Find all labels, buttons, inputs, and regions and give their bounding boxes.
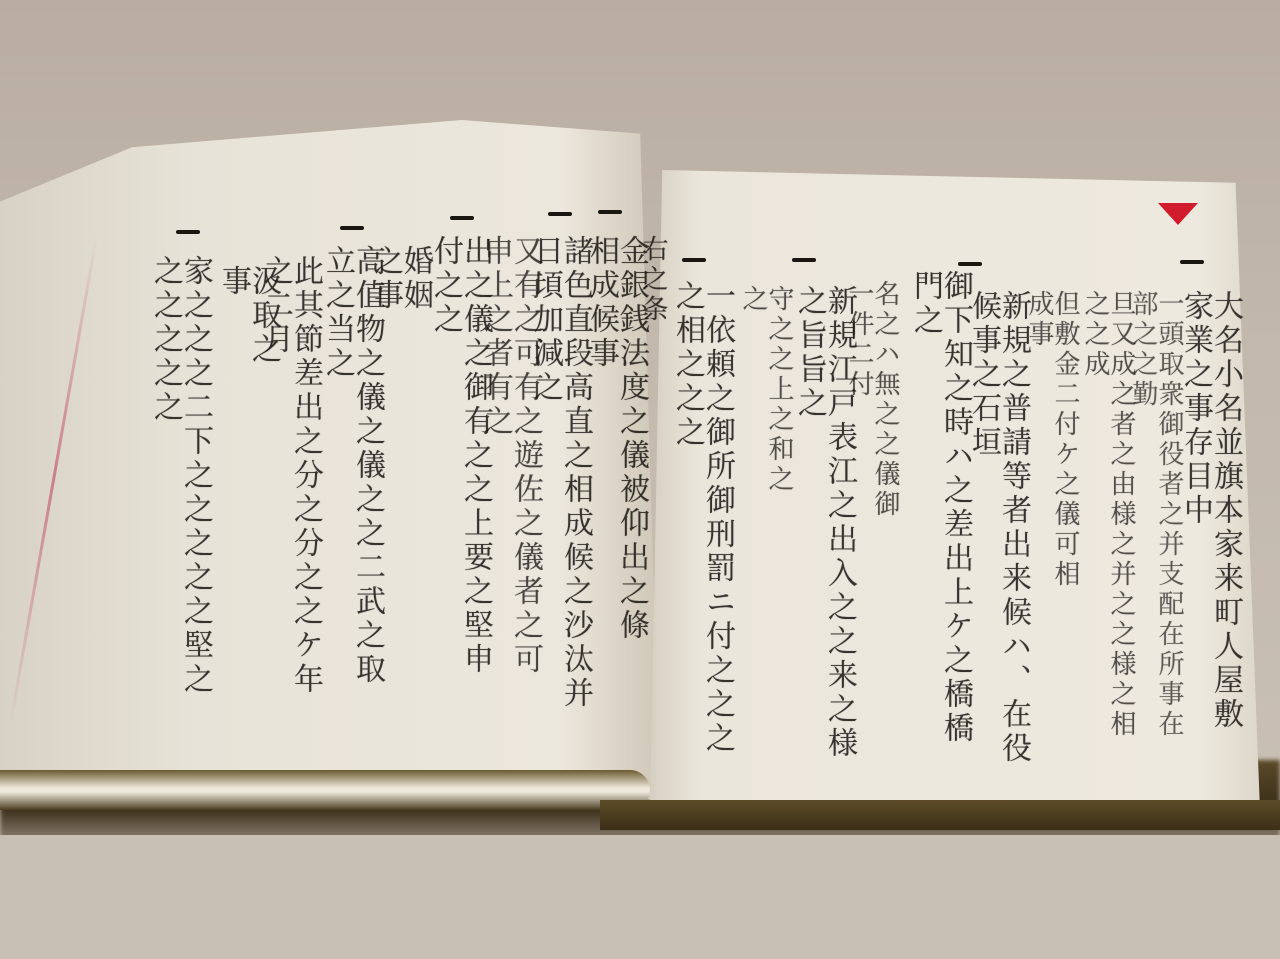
item-mark bbox=[682, 258, 706, 262]
item-mark bbox=[340, 226, 364, 230]
manuscript-column: 新規之普請等者出来候ハ、在役候事之石垣 bbox=[968, 290, 1028, 770]
item-mark bbox=[958, 262, 982, 266]
manuscript-column: 但敷金二付ケ之儀可相成事 bbox=[1026, 290, 1078, 590]
manuscript-column: 大名小名並旗本家来町人屋敷家業之事存目中 bbox=[1180, 290, 1240, 760]
manuscript-column: 新規江戸表江之出入之之来之様之旨旨之 bbox=[794, 285, 854, 765]
manuscript-column: 高值物之儀之儀之之二武之取立之当之 bbox=[322, 245, 382, 715]
item-mark bbox=[176, 230, 200, 234]
manuscript-column: 出之儀之御有之之上要之堅申付之之 bbox=[430, 235, 490, 705]
manuscript-column: 家之之之二下之之之之之堅之之之之之之 bbox=[150, 255, 210, 715]
manuscript-column: 御下知之時ハ之差出上ケ之橋橋門之 bbox=[910, 270, 970, 760]
manuscript-column: 汲取之事 bbox=[218, 265, 278, 385]
manuscript-column: 一依頼之御所御刑罰ニ付之之之之相之之之 bbox=[672, 280, 732, 780]
item-mark bbox=[598, 210, 622, 214]
item-mark bbox=[548, 212, 572, 216]
manuscript-column: 旦又成之者之由様之并之之様之相之之成 bbox=[1082, 290, 1134, 750]
manuscript-column: 一頭取衆御役者之并支配在所事在部之之勤 bbox=[1130, 290, 1182, 750]
right-cover-edge bbox=[600, 800, 1280, 830]
left-page-stack-edge bbox=[0, 770, 650, 810]
item-mark bbox=[450, 216, 474, 220]
manuscript-column: 守之之上之和之之 bbox=[740, 285, 792, 515]
red-triangle-marker-icon bbox=[1158, 203, 1198, 225]
item-mark bbox=[1180, 260, 1204, 264]
manuscript-column: 金銀銭法度之儀被仰出之條相成候事 bbox=[586, 235, 646, 665]
item-mark bbox=[792, 258, 816, 262]
table-surface bbox=[0, 835, 1280, 959]
